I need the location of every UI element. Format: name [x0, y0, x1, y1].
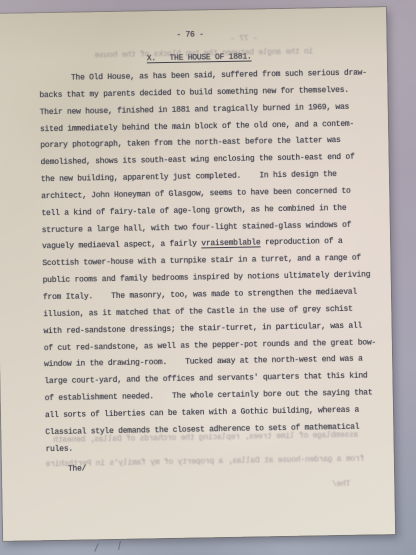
typescript-page: - 76 - X. THE HOUSE OF 1881. The Old Hou… [0, 7, 395, 541]
bleed-through-line: - 77 - [230, 34, 257, 43]
scratch-mark [94, 543, 99, 552]
bleed-through-line: The/ [332, 480, 350, 489]
bleed-through-line: in the angle between the two blocks of t… [95, 47, 314, 60]
photo-background: - 76 - X. THE HOUSE OF 1881. The Old Hou… [0, 0, 416, 555]
scratch-mark [118, 541, 121, 550]
bleed-through-text: - 77 -in the angle between the two block… [0, 7, 386, 14]
page-number: - 76 - [176, 27, 204, 44]
body-text: The Old House, as has been said, suffere… [39, 65, 378, 458]
